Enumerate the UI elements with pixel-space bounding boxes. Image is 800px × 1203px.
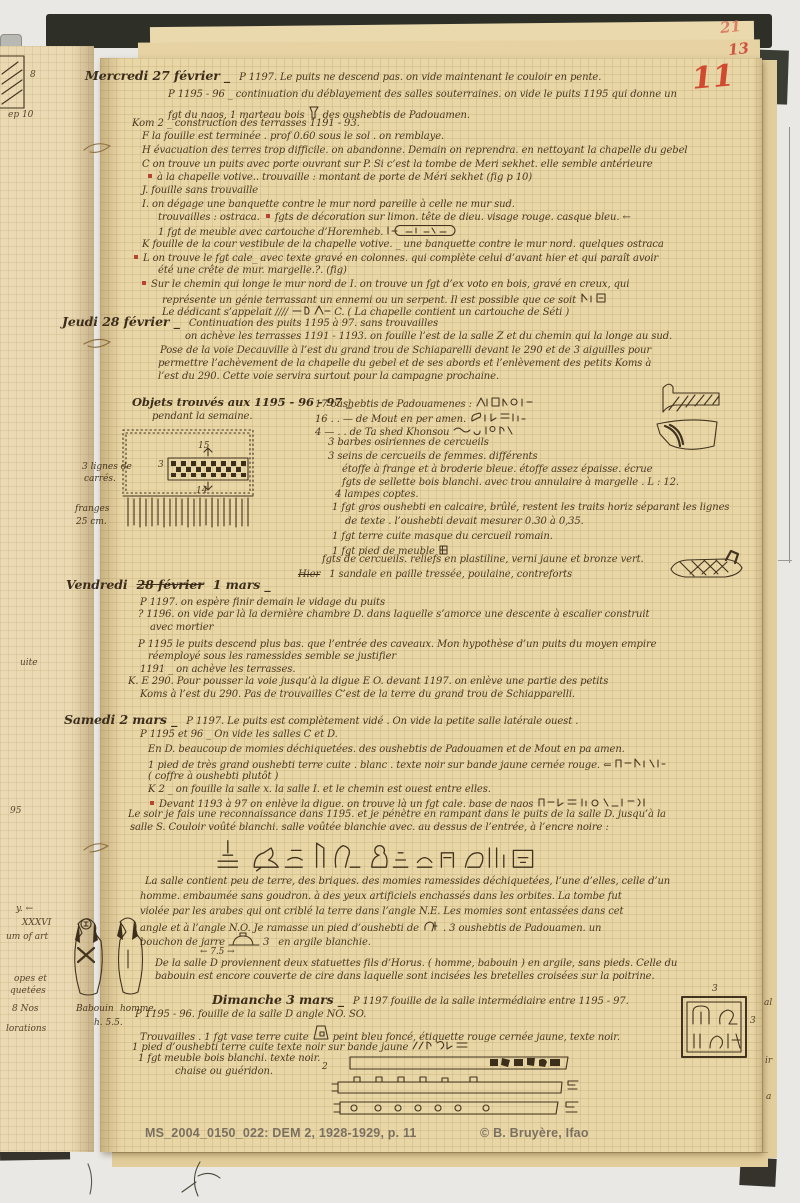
- line-text: 17 oushebtis de Padouamenes :: [315, 399, 472, 410]
- red-dot-mark: [266, 214, 270, 218]
- textile-label: 3 lignes de: [82, 462, 132, 472]
- line-text: P 1197 fouille de la salle intermédiaire…: [353, 996, 629, 1007]
- object-row: de texte . l’oushebti devait mesurer 0.3…: [345, 516, 584, 528]
- journal-line: ? 1196. on vide par là la dernière chamb…: [138, 609, 649, 621]
- journal-line: violée par les arabes qui ont criblé la …: [140, 906, 623, 918]
- journal-line: Le soir je fais une reconnaissance dans …: [128, 809, 666, 821]
- page-number: 11: [691, 58, 736, 97]
- hieroglyph-run: [452, 424, 516, 437]
- entry-date: Samedi 2 mars _: [64, 712, 177, 727]
- journal-line: babouin est encore couverte de cire dans…: [155, 971, 655, 983]
- textile-label: 25 cm.: [76, 517, 107, 527]
- framed-hieroglyph-panel-sketch: [680, 994, 752, 1062]
- journal-line: ( coffre à oushebti plutôt ): [148, 771, 278, 783]
- journal-line: K fouille de la cour vestibule de la cha…: [142, 239, 664, 251]
- journal-line: F la fouille est terminée . prof 0.60 so…: [142, 131, 444, 143]
- statuette-height: h. 5.5.: [94, 1018, 123, 1028]
- margin-fragment: opes et: [14, 974, 47, 984]
- catalog-caption: MS_2004_0150_022: DEM 2, 1928-1929, p. 1…: [145, 1126, 417, 1140]
- scanned-notebook-page: { "colors":{"paper":"#e9d6a6","ink":"#47…: [0, 0, 800, 1203]
- stacked-page-number-13: 13: [727, 39, 750, 59]
- journal-line: Vendredi28 février1 mars _: [66, 579, 271, 593]
- margin-fragment: lorations: [6, 1024, 46, 1034]
- naos-hieroglyph-run: [536, 796, 648, 809]
- journal-line: J. fouille sans trouvaille: [142, 185, 258, 197]
- struck-date: 28 février: [137, 577, 204, 592]
- binding-stitch: [82, 334, 116, 352]
- journal-line: Kom 2 _ construction des terrasses 1191 …: [132, 118, 360, 130]
- moulding-fragment-sketch: [645, 380, 733, 454]
- journal-line: P 1195 et 96 _ On vide les salles C et D…: [140, 729, 338, 741]
- facing-page-sketch-fragment: [0, 54, 40, 116]
- margin-fragment: uite: [20, 658, 38, 668]
- hieroglyph-run: [614, 757, 666, 770]
- journal-line: P 1195 - 96. fouille de la salle D angle…: [135, 1009, 366, 1021]
- entry-date: Vendredi: [66, 577, 128, 592]
- entry-date: Mercredi 27 février _: [85, 68, 230, 83]
- journal-line: I. on dégage une banquette contre le mur…: [142, 199, 515, 211]
- journal-line: En D. beaucoup de momies déchiquetées. d…: [148, 744, 625, 756]
- facing-sketch-number: 8: [30, 70, 36, 80]
- hieroglyph-run: [579, 292, 609, 305]
- slat-dim: 2: [322, 1062, 328, 1072]
- journal-line: 1191 _ on achève les terrasses.: [140, 664, 295, 676]
- line-text: 1 fgt de meuble avec cartouche d’Horemhe…: [158, 227, 383, 238]
- facing-sketch-thickness: ep 10: [8, 110, 33, 120]
- journal-line: P 1195 le puits descend plus bas. que l’…: [138, 639, 656, 651]
- right-page-edges: al ir a: [762, 60, 777, 1158]
- line-text: à la chapelle votive.. trouvaille : mont…: [157, 172, 532, 183]
- hieroglyph-run: [422, 919, 440, 933]
- journal-line: trouvailles : ostraca.fgts de décoration…: [158, 212, 631, 224]
- journal-line: Sur le chemin qui longe le mur nord de I…: [142, 279, 629, 291]
- object-row: Hier1 sandale en paille tressée, poulain…: [298, 569, 572, 581]
- binding-stitch: [82, 138, 116, 156]
- object-row: 17 oushebtis de Padouamenes :: [315, 396, 536, 411]
- journal-line: La salle contient peu de terre, des briq…: [145, 876, 670, 888]
- object-row: 4 lampes coptes.: [335, 489, 418, 501]
- object-row: 1 fgt terre cuite masque du cercueil rom…: [332, 531, 553, 543]
- line-text: P 1197. Le puits ne descend pas. on vide…: [239, 72, 601, 83]
- horus-sons-statuettes-sketch: [58, 910, 153, 1002]
- stopper-dim: 3: [263, 937, 269, 948]
- journal-line: P 1197. on espère finir demain le vidage…: [140, 597, 385, 609]
- journal-line: P 1195 - 96 _ continuation du déblayemen…: [168, 89, 677, 101]
- journal-line: on achève les terrasses 1191 - 1193. on …: [185, 331, 672, 343]
- journal-line: L on trouve le fgt cale_ avec texte grav…: [134, 253, 658, 265]
- entry-date: 1 mars _: [213, 577, 271, 592]
- chair-slats-sketch: [330, 1054, 582, 1116]
- line-text: Sur le chemin qui longe le mur nord de I…: [151, 279, 629, 290]
- red-dot-mark: [134, 255, 138, 259]
- journal-line: Samedi 2 mars _P 1197. Le puits est comp…: [64, 714, 578, 728]
- stopper-width-label: ← 7.5 →: [200, 946, 234, 958]
- object-row: fgts de sellette bois blanchi. avec trou…: [342, 477, 679, 489]
- edge-fragment: a: [766, 1092, 771, 1102]
- line-text: . 3 oushebtis de Padouamen. un: [443, 923, 601, 934]
- margin-fragment: 8 Nos: [12, 1004, 39, 1014]
- object-row: fgts de cercueils. reliefs en plastiline…: [322, 554, 644, 566]
- journal-line: K 2 _ on fouille la salle x. la salle I.…: [148, 784, 491, 796]
- journal-line: permettre l’achèvement de la chapelle du…: [158, 358, 651, 370]
- journal-line: salle S. Couloir voûté blanchi. salle vo…: [130, 822, 609, 834]
- object-row: étoffe à frange et à broderie bleue. éto…: [342, 464, 652, 476]
- margin-fragment: 95: [10, 806, 21, 816]
- journal-line: à la chapelle votive.. trouvaille : mont…: [148, 172, 532, 184]
- edge-fragment: al: [764, 998, 772, 1008]
- line-text: 1 sandale en paille tressée, poulaine, c…: [329, 569, 572, 580]
- line-text: L on trouve le fgt cale_ avec texte grav…: [143, 253, 658, 264]
- journal-line: C on trouve un puits avec porte ouvrant …: [142, 159, 653, 171]
- journal-line: Dimanche 3 mars _P 1197 fouille de la sa…: [212, 994, 629, 1008]
- journal-line: l’est du 290. Cette voie servira surtout…: [158, 371, 499, 383]
- journal-line: 1 pied d’oushebti terre cuite texte noir…: [132, 1039, 474, 1054]
- struck-word: Hier: [298, 569, 320, 580]
- line-text: 1 pied d’oushebti terre cuite texte noir…: [132, 1042, 408, 1053]
- stray-fibres: [80, 1162, 310, 1202]
- line-text: en argile blanchie.: [278, 937, 371, 948]
- sandal-sketch: [668, 548, 748, 582]
- line-text: fgts de décoration sur limon. tête de di…: [275, 212, 631, 223]
- journal-line: 1 fgt de meuble avec cartouche d’Horemhe…: [158, 224, 461, 239]
- textile-label: franges: [75, 504, 110, 514]
- panel-dim-right: 3: [750, 1016, 756, 1026]
- horemheb-cartouche-hieroglyphs: [386, 224, 458, 237]
- scan-frame-line: [789, 127, 790, 563]
- line-text: trouvailles : ostraca.: [158, 212, 260, 223]
- entry-date: Dimanche 3 mars _: [212, 992, 344, 1007]
- red-dot-mark: [150, 801, 154, 805]
- textile-dim: 14: [196, 486, 207, 496]
- journal-line: chaise ou guéridon.: [175, 1066, 273, 1078]
- journal-line: Jeudi 28 février _Continuation des puits…: [62, 316, 438, 330]
- jar-stopper-sketch: [228, 932, 260, 947]
- line-text: P 1197. Le puits est complètement vidé .…: [186, 716, 578, 727]
- journal-line: Koms à l’est du 290. Pas de trouvailles …: [140, 689, 575, 701]
- object-row: 1 fgt gros oushebti en calcaire, brûlé, …: [332, 502, 729, 514]
- textile-label: carrés.: [84, 474, 116, 484]
- entry-date: Jeudi 28 février _: [62, 314, 180, 329]
- line-text: Continuation des puits 1195 à 97. sans t…: [189, 318, 438, 329]
- copyright-caption: © B. Bruyère, Ifao: [480, 1126, 589, 1140]
- margin-fragment: quetées: [10, 986, 46, 996]
- binding-stitch: [80, 838, 114, 856]
- textile-dim: 3: [158, 460, 164, 470]
- journal-line: K. E 290. Pour pousser la voie jusqu’à l…: [128, 676, 608, 688]
- margin-fragment: um of art: [6, 932, 48, 942]
- objects-heading-2: pendant la semaine.: [152, 411, 252, 423]
- journal-line: 1 pied de très grand oushebti terre cuit…: [148, 757, 669, 772]
- journal-line: été une crête de mur. margelle.?. (fig): [158, 265, 347, 277]
- tomb-ink-inscription-hieroglyphs: [195, 836, 551, 872]
- red-dot-mark: [142, 281, 146, 285]
- statuette-label: Babouin: [76, 1004, 114, 1014]
- line-text: 1 pied de très grand oushebti terre cuit…: [148, 760, 611, 771]
- notebook-page: 11 Mercredi 27 février _P 1197. Le puits…: [100, 58, 762, 1152]
- margin-fragment: XXXVI: [22, 918, 51, 928]
- red-dot-mark: [148, 174, 152, 178]
- textile-dim: 15: [198, 441, 209, 451]
- journal-line: De la salle D proviennent deux statuette…: [155, 958, 677, 970]
- journal-line: Pose de la voie Decauville à l’est du gr…: [160, 345, 651, 357]
- journal-line: 1 fgt meuble bois blanchi. texte noir.: [138, 1053, 320, 1065]
- hieroglyph-run: [469, 411, 525, 424]
- edge-fragment: ir: [765, 1056, 772, 1066]
- panel-dim-top: 3: [712, 984, 718, 994]
- journal-line: avec mortier: [150, 622, 213, 634]
- margin-fragment: y. ←: [16, 904, 33, 914]
- scan-frame-tick: [778, 560, 792, 561]
- hieroglyph-run: [411, 1039, 471, 1052]
- stacked-page-number-21: 21: [719, 17, 742, 37]
- journal-line: homme. embaumée sans goudron. à des yeux…: [140, 891, 622, 903]
- hieroglyph-run: [475, 396, 533, 409]
- fringed-textile-sketch: [120, 426, 260, 594]
- journal-line: H évacuation des terres trop difficile. …: [142, 145, 688, 157]
- journal-line: réemployé sous les ramessides semble se …: [148, 651, 396, 663]
- object-row: 3 seins de cercueils de femmes. différen…: [328, 451, 538, 463]
- object-row: 3 barbes osiriennes de cercueils: [328, 437, 489, 449]
- journal-line: bouchon de jarre3en argile blanchie.: [140, 932, 371, 949]
- journal-line: Mercredi 27 février _P 1197. Le puits ne…: [85, 70, 601, 84]
